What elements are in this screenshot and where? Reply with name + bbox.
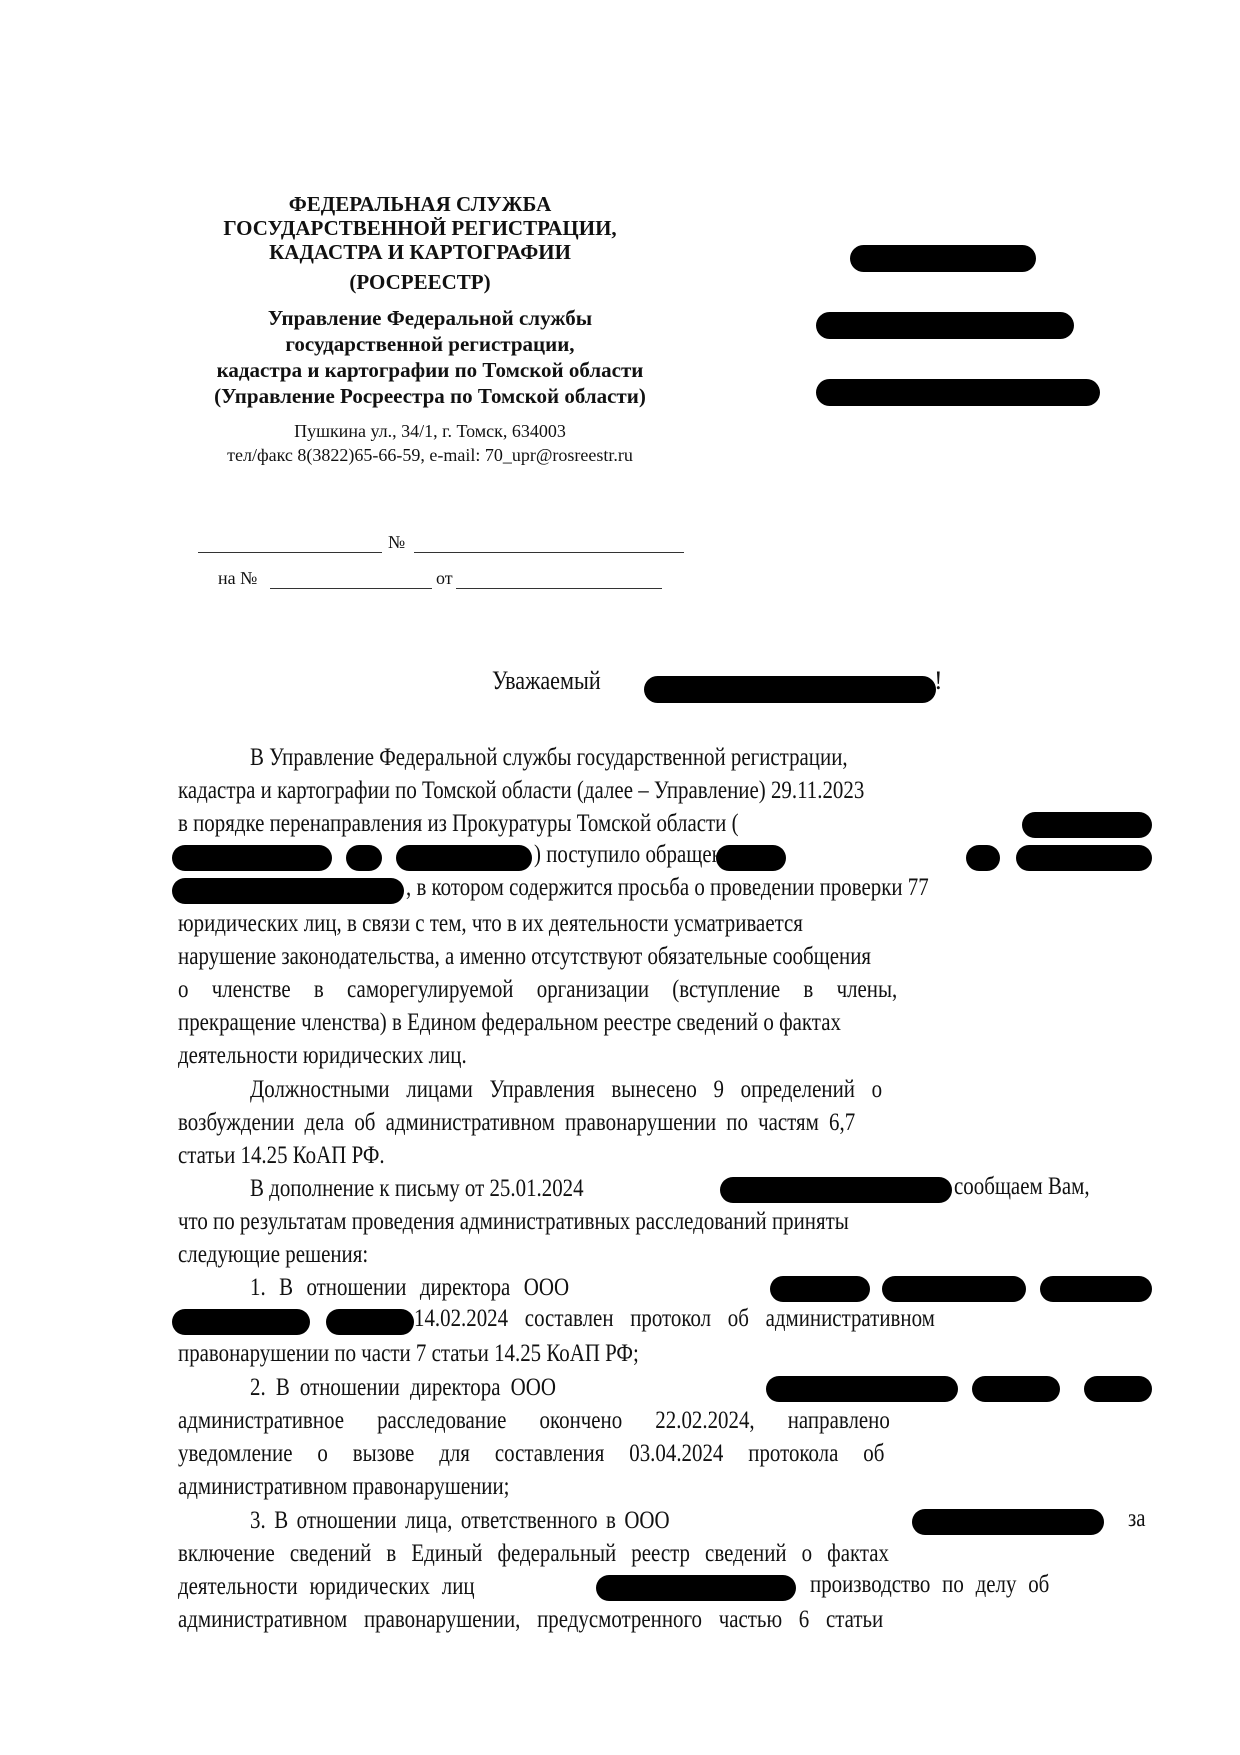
body-line-4: ) поступило обращение (534, 839, 743, 869)
body-line-16: что по результатам проведения администра… (178, 1204, 980, 1238)
body-line-2: кадастра и картографии по Томской област… (178, 773, 1146, 807)
org-name-line-3: КАДАСТРА И КАРТОГРАФИИ (160, 238, 680, 266)
reply-date-line (456, 588, 662, 589)
redacted-company-3 (912, 1509, 1104, 1535)
body-line-6: юридических лиц, в связи с тем, что в их… (178, 906, 1155, 940)
redacted-ref-2 (172, 845, 332, 871)
redacted-company-1a (770, 1276, 870, 1302)
redacted-company-2b (972, 1376, 1060, 1402)
redacted-addressee-line-2 (816, 312, 1074, 339)
redacted-addressee-name (644, 676, 936, 703)
redacted-ref-4 (396, 845, 532, 871)
redacted-sender-2 (172, 878, 404, 904)
contacts: тел/факс 8(3822)65-66-59, e-mail: 70_upr… (160, 442, 700, 468)
greeting: Уважаемый (492, 666, 601, 696)
item-3-line-1-end: за (1128, 1503, 1146, 1533)
outgoing-number-line (414, 552, 684, 553)
redacted-addressee-line-1 (850, 245, 1036, 272)
redacted-company-2c (1084, 1376, 1152, 1402)
item-1-line-3: правонарушении по части 7 статьи 14.25 К… (178, 1336, 980, 1370)
redacted-ref-3 (346, 845, 382, 871)
item-2-line-2: административное расследование окончено … (178, 1403, 980, 1437)
reply-number-line (270, 588, 432, 589)
dept-line-2: государственной регистрации, (160, 330, 700, 358)
redacted-ref-1 (1022, 812, 1152, 838)
redacted-director-1b (326, 1309, 414, 1335)
org-abbrev: (РОСРЕЕСТР) (160, 268, 680, 296)
body-line-11: Должностными лицами Управления вынесено … (250, 1072, 1052, 1106)
body-line-1: В Управление Федеральной службы государс… (250, 740, 1142, 774)
body-line-7: нарушение законодательства, а именно отс… (178, 939, 980, 973)
outgoing-date-line (198, 552, 382, 553)
redacted-person-3 (596, 1575, 796, 1601)
redacted-company-1b (882, 1276, 1026, 1302)
greeting-exclamation: ! (934, 666, 943, 696)
text: ) поступило обращение (534, 839, 743, 868)
item-2-line-3: уведомление о вызове для составления 03.… (178, 1436, 980, 1470)
item-1-line-2: 14.02.2024 составлен протокол об админис… (414, 1303, 935, 1333)
redacted-word (966, 845, 1000, 871)
reply-number-label: на № (218, 568, 257, 589)
body-line-15: сообщаем Вам, (954, 1171, 1090, 1201)
item-3-line-3-end: производство по делу об (810, 1569, 1049, 1599)
redacted-letter-number (720, 1177, 952, 1203)
redacted-date (716, 845, 786, 871)
body-line-10: деятельности юридических лиц. (178, 1038, 980, 1072)
text: В Управление Федеральной службы государс… (250, 740, 848, 774)
body-line-9: прекращение членства) в Едином федеральн… (178, 1005, 980, 1039)
redacted-company-2a (766, 1376, 958, 1402)
dept-line-4: (Управление Росреестра по Томской област… (160, 382, 700, 410)
dept-line-1: Управление Федеральной службы (160, 304, 700, 332)
redacted-addressee-line-3 (816, 379, 1100, 406)
dept-line-3: кадастра и картографии по Томской област… (160, 356, 700, 384)
number-label: № (388, 532, 405, 553)
body-line-13: статьи 14.25 КоАП РФ. (178, 1138, 980, 1172)
redacted-director-1a (172, 1309, 310, 1335)
greeting-text: Уважаемый (492, 666, 601, 695)
body-line-3: в порядке перенаправления из Прокуратуры… (178, 806, 980, 840)
redacted-sender-1 (1016, 845, 1152, 871)
reply-from-label: от (436, 568, 453, 589)
body-line-5: , в котором содержится просьба о проведе… (406, 872, 929, 902)
body-line-12: возбуждении дела об административном пра… (178, 1105, 980, 1139)
address: Пушкина ул., 34/1, г. Томск, 634003 (160, 418, 700, 444)
redacted-company-1c (1040, 1276, 1152, 1302)
body-line-17: следующие решения: (178, 1237, 980, 1271)
item-3-line-4: административном правонарушении, предусм… (178, 1602, 980, 1636)
item-3-line-2: включение сведений в Единый федеральный … (178, 1536, 980, 1570)
item-2-line-4: административном правонарушении; (178, 1469, 980, 1503)
body-line-8: о членстве в саморегулируемой организаци… (178, 972, 980, 1006)
